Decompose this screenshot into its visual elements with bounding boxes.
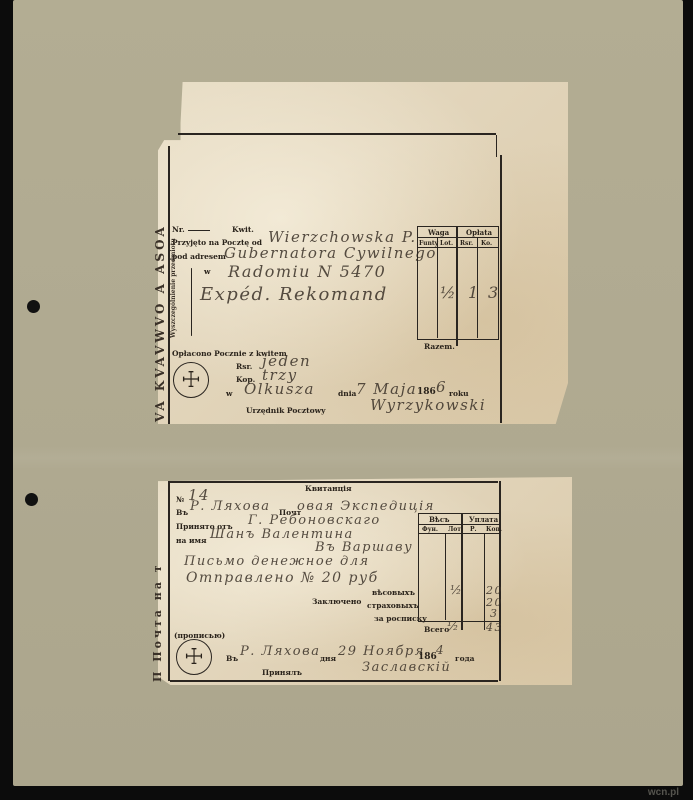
spec-bracket bbox=[191, 268, 192, 336]
table-header-rule bbox=[417, 237, 499, 238]
post-value: овая Экспедиція bbox=[297, 499, 435, 514]
place-label: w bbox=[226, 389, 232, 398]
value-kop: 3 bbox=[488, 283, 500, 302]
number-blank bbox=[188, 230, 210, 231]
number-label: № bbox=[176, 495, 184, 504]
watermark: wcn.pl bbox=[648, 787, 679, 798]
item-value: Expéd. Rekomand bbox=[200, 284, 388, 305]
signature: Заславскій bbox=[362, 660, 451, 675]
accepted-label: Принялъ bbox=[262, 668, 302, 677]
sub-lot: Лот. bbox=[448, 526, 463, 533]
to-label: на имя bbox=[176, 536, 207, 545]
value-lot: ½ bbox=[450, 583, 463, 597]
value-kop-3: 3 bbox=[490, 607, 499, 620]
table-col-rule-3 bbox=[484, 534, 485, 630]
table-subheader-rule bbox=[417, 247, 499, 248]
total-kop: 43 bbox=[486, 621, 503, 634]
table-header-rule bbox=[418, 524, 500, 525]
table-col-rule-1 bbox=[445, 534, 446, 620]
date-label: dnia bbox=[338, 389, 356, 398]
accepted-from-value: Г. Ребоновскаго bbox=[248, 513, 381, 528]
side-margin-text: VA KVAVWVO A ASOA bbox=[153, 150, 167, 422]
right-rule-top bbox=[496, 135, 497, 157]
left-rule bbox=[168, 481, 170, 681]
place-value: Olkusza bbox=[244, 380, 315, 398]
weighed-label: вѣсовыхъ bbox=[372, 588, 415, 597]
specification-label: Wyszczególnienie przedmiotu bbox=[170, 262, 177, 338]
enclosed-label: Заключено bbox=[312, 597, 361, 606]
sub-lot: Lot. bbox=[440, 240, 453, 247]
sub-kop: Ko. bbox=[481, 240, 492, 247]
official-label: Urzędnik Pocztowy bbox=[246, 406, 325, 415]
year-label: года bbox=[455, 654, 474, 663]
sub-funty: Funty bbox=[419, 240, 438, 247]
address-value: Gubernatora Cywilnego bbox=[224, 244, 437, 262]
bottom-rule bbox=[170, 680, 498, 682]
place-value: Р. Ляхова bbox=[240, 644, 320, 659]
address-label: pod adresem bbox=[172, 252, 226, 261]
value-rub: 1 bbox=[468, 283, 480, 302]
sub-funt: Фун. bbox=[422, 526, 438, 533]
stamp-note: (прописью) bbox=[174, 631, 225, 640]
punch-hole-lower bbox=[25, 493, 38, 506]
right-rule bbox=[500, 155, 502, 423]
sub-rub: Р. bbox=[470, 526, 477, 533]
top-rule bbox=[178, 133, 496, 135]
value-lot: ½ bbox=[440, 283, 457, 302]
header-fee: Opłata bbox=[466, 228, 492, 237]
year-suffix: 4 bbox=[436, 643, 445, 657]
header-weight: Вѣсъ bbox=[429, 515, 449, 524]
total-label: Razem. bbox=[424, 342, 455, 351]
destination-value: Въ Варшаву bbox=[315, 540, 413, 555]
imperial-eagle-stamp-icon: ☩ bbox=[176, 639, 212, 675]
rub-label: Rsr. bbox=[236, 362, 252, 371]
year-suffix: 6 bbox=[436, 378, 447, 396]
header-weight: Waga bbox=[428, 228, 449, 237]
sub-rub: Rsr. bbox=[460, 240, 473, 247]
header-fee: Уплата bbox=[469, 515, 498, 524]
city-value: Radomiu N 5470 bbox=[228, 262, 386, 281]
insured-label: страховыхъ bbox=[367, 601, 419, 610]
office-value: Р. Ляхова bbox=[190, 499, 270, 514]
date-value: 29 Ноября bbox=[338, 644, 425, 659]
receipt-title: Квитанція bbox=[305, 484, 352, 493]
table-col-rule-1 bbox=[437, 238, 438, 338]
punch-hole-upper bbox=[27, 300, 40, 313]
date-label: дня bbox=[320, 654, 336, 663]
number-label: Nr. bbox=[172, 225, 185, 234]
board-fold bbox=[13, 446, 683, 470]
line3-value: Отправлено № 20 руб bbox=[186, 570, 379, 586]
total-label: Всего bbox=[424, 625, 449, 634]
side-margin-text: П Почта на т bbox=[151, 482, 164, 682]
official-signature: Wyrzykowski bbox=[370, 396, 486, 414]
office-label: Въ bbox=[176, 508, 188, 517]
place-label: Въ bbox=[226, 654, 238, 663]
line2-value: Письмо денежное для bbox=[184, 554, 370, 569]
sub-kop: Коп. bbox=[486, 526, 502, 533]
imperial-eagle-stamp-icon: ☩ bbox=[173, 362, 209, 398]
in-label: w bbox=[204, 267, 210, 276]
total-lot: ½ bbox=[447, 619, 460, 633]
receipt-title: Kwit. bbox=[232, 225, 254, 234]
table-subheader-rule bbox=[418, 533, 500, 534]
top-rule bbox=[170, 481, 498, 483]
